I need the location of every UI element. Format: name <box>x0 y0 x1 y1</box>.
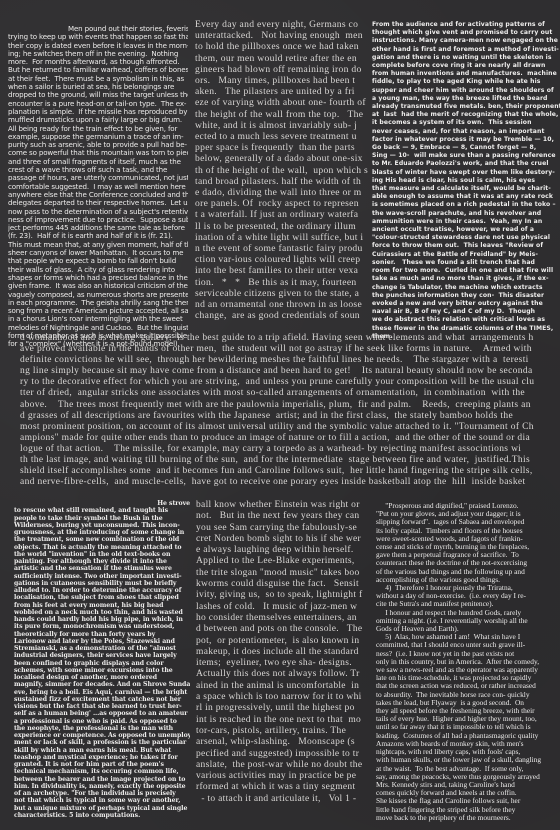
text-line: alluded to. In order to determine the ac… <box>14 587 190 594</box>
text-line: him. In dividuality is, namely, exactly … <box>14 783 190 790</box>
text-line: skill by which a man earns his meal. But… <box>14 747 190 754</box>
text-line: sonier. These we found a slit trench tha… <box>372 259 560 267</box>
text-line: sustained fizz of excitement that catche… <box>14 696 190 703</box>
text-line: a professional is one who is paid. As op… <box>14 718 190 725</box>
text-line: pecified and suggested) impossible to tr <box>196 749 374 760</box>
text-line: d between and pots on the console. The <box>196 624 374 635</box>
text-line: room for two more. Curled in one and tha… <box>372 267 560 275</box>
text-line: Actually this does not always follow. Tr <box>196 669 374 680</box>
text-line: Every day and every night, Germans co <box>195 19 373 30</box>
text-line: its pure form, monochromism was understo… <box>14 623 190 630</box>
text-line: a young man, the way the breeze lifted t… <box>372 95 560 103</box>
text-line: fiddle, to play to the aged King while h… <box>372 78 560 86</box>
text-line: rformed at which it was a tiny segment <box>196 782 374 793</box>
text-line: "colour-structed stewardess dare not use… <box>372 234 560 242</box>
text-line: technical mechanism, its occuring common… <box>14 768 190 775</box>
text-line: it becomes a system of its own. This ses… <box>372 119 560 127</box>
text-line: kworms could disguise the fact. Sensit <box>196 579 374 590</box>
text-line: to rescue what still remained, and taugh… <box>14 507 190 514</box>
text-line: tand broad pilasters. half the width of … <box>195 176 373 187</box>
text-line: naval air B, B of my C, and C of my D. T… <box>372 308 560 316</box>
text-line: between the bearer and the image project… <box>14 776 190 783</box>
text-line: ination of a white light will suffice, b… <box>195 232 373 243</box>
text-line: ampions" made for quite other ends than … <box>20 433 560 444</box>
text-line: complete before cove ring it are nearly … <box>372 62 560 70</box>
text-line: take as much and no more than it gives, … <box>372 275 560 283</box>
text-line: Wilderness, buring yet unconsumed. This … <box>14 522 190 529</box>
text-line: logue of that action. The missile, for e… <box>20 444 560 455</box>
text-line: eve, bring to a boil. Eis Aqui, carnival… <box>14 689 190 696</box>
text-line: ore panels. Of rocky aspect to represen <box>195 198 373 209</box>
text-line: definite convictions he will see, throug… <box>20 355 560 366</box>
text-line: of an archetype. "For the individual is … <box>14 790 190 797</box>
text-line: gation and there is no waiting until the… <box>372 54 560 62</box>
document-page: Men pound out their stories, feverishly,… <box>0 0 560 830</box>
text-line: force to throw them out. This leaves "Re… <box>372 242 560 250</box>
text-line: localised design of another, more ordere… <box>14 674 190 681</box>
text-line: ng line simply because sit may have come… <box>20 366 560 377</box>
bottom-middle-column: ball know whether Einstein was right orn… <box>196 500 374 805</box>
text-line: you see Sam carrying the fabulously-se <box>196 523 374 534</box>
text-line: arsenal, whip-slashing. Moonscape (s <box>196 737 374 748</box>
text-line: Go back — 9, Embrace — 8, Cannot forget … <box>372 144 560 152</box>
text-line: Stremianski, as a demonstration of the "… <box>14 645 190 652</box>
text-line: ment or lack of skill, a profession is t… <box>14 739 190 746</box>
text-line: ained in the animal is uncomfortable in <box>196 681 374 692</box>
text-line: Cuirassiers at the Battle of Freidland" … <box>372 251 560 259</box>
text-line: change is Tabulator, the machine which e… <box>372 284 560 292</box>
text-line: artistic and the sensation if the stimul… <box>14 565 190 572</box>
text-line: below, generally of a dado about one-six <box>195 153 373 164</box>
text-line: ball know whether Einstein was right or <box>196 500 374 511</box>
text-line: shield itself accomplishes some and it b… <box>20 466 560 477</box>
text-line: above. The trees most frequently met wit… <box>20 400 560 411</box>
text-line: tor-cars, pistols, artillery, trains. Th… <box>196 726 374 737</box>
text-line: thought which give vent and promised to … <box>372 29 560 37</box>
top-middle-column: Every day and every night, Germans count… <box>195 19 373 321</box>
text-line: th the last image, and waiting till burn… <box>20 455 560 466</box>
text-line: ammunition were in their cases. Yeah, my… <box>372 218 560 226</box>
text-line: experience or competence. As opposed to … <box>14 732 190 739</box>
text-line: th of the height of the wall, upon which… <box>195 165 373 176</box>
text-line: to hold the pillboxes once we had taken <box>195 41 373 52</box>
text-line: items; eyeliner, two eye sha- designs. <box>196 658 374 669</box>
text-line: move back to the periphery of the mourne… <box>376 814 560 822</box>
text-line: never ceases, and, for that reason, an i… <box>372 128 560 136</box>
text-line: teashop and mystical experience; he take… <box>14 754 190 761</box>
text-line: been confined to graphic displays and co… <box>14 660 190 667</box>
text-line: schemes, with some minor excursions into… <box>14 667 190 674</box>
text-line: characteristics. 5 into computations. <box>14 812 190 819</box>
text-line: white, and it is almost invariably sub- … <box>195 120 373 131</box>
text-line: the height of the wall from the top. The <box>195 109 373 120</box>
text-line: most prominent position, on account of i… <box>20 422 560 433</box>
bottom-right-column: "Prosperous and dignified," praised Lore… <box>376 502 560 822</box>
text-line: pot, or potentiometer, is also known in <box>196 636 374 647</box>
text-line: to Mr. Eduardo Paolozzi's work, and that… <box>372 160 560 168</box>
text-line: blasts of winter have swept over them li… <box>372 169 560 177</box>
text-line: supper and cheer him with around the sho… <box>372 87 560 95</box>
text-line: ing His head is clear, his soul is calm,… <box>372 177 560 185</box>
text-line: not that which is typical in some way or… <box>14 797 190 804</box>
text-line: tter of dried, angular stricks one assoc… <box>20 388 560 399</box>
text-line: the world "invention" in the old text-bo… <box>14 551 190 558</box>
text-line: aken. The pilasters are united by a fri <box>195 86 373 97</box>
text-line: self as a human being' ...as opposed to … <box>14 710 190 717</box>
text-line: - to attach it and articulate it, Vol 1 … <box>196 794 374 805</box>
text-line: sufficiently intense. Two other importan… <box>14 573 190 580</box>
text-line: painting. For although they divide it in… <box>14 558 190 565</box>
text-line: we do abstract this relation with critic… <box>372 316 560 324</box>
text-line: the trite slogan "mood music" takes boo <box>196 568 374 579</box>
text-line: ave proved available in the hands of oth… <box>20 344 560 355</box>
text-line: int is reached in the one next to that m… <box>196 715 374 726</box>
text-line: makeup, it does include all the standard <box>196 647 374 658</box>
text-line: ry to the decorative effect for which yo… <box>20 377 560 388</box>
text-line: the neophyte, the professional is the ma… <box>14 725 190 732</box>
text-line: nd an ornamental one thrown in as loose <box>195 299 373 310</box>
text-line: From the audience and for activating pat… <box>372 21 560 29</box>
text-line: granted. It is not for him part of the p… <box>14 761 190 768</box>
text-line: He strove <box>14 500 190 507</box>
text-line: serviceable citizens given to the state,… <box>195 288 373 299</box>
text-line: ected to a much less severe treatment u <box>195 131 373 142</box>
text-line: is sometimes placed on a rich pedestal i… <box>372 201 560 209</box>
text-line: Larionow and later by the Poles, Stazews… <box>14 638 190 645</box>
text-line: change, are as good credentials of soun <box>195 310 373 321</box>
text-line: from his feet at every moment, his big h… <box>14 602 190 609</box>
text-line: ll is to be presented, the ordinary illu… <box>195 221 373 232</box>
text-line: gineers had blown off remaining iron do <box>195 64 373 75</box>
text-line: evoked a new and very bitter outcry agai… <box>372 300 560 308</box>
text-line: various activities may in practice be pe <box>196 771 374 782</box>
text-line: eze of varying width about one- fourth o… <box>195 97 373 108</box>
text-line: instructions. Many camera-men now engage… <box>372 37 560 45</box>
text-line: objects. That is actually the meaning at… <box>14 544 190 551</box>
text-line: the punches information they con- This d… <box>372 292 560 300</box>
text-line: the treatment, some new combination of t… <box>14 536 190 543</box>
text-line: them, our men would retire after the en <box>195 53 373 64</box>
text-line: these flower in the dramatic columns of … <box>372 325 560 333</box>
text-line: t a waterfall. If just an ordinary water… <box>195 209 373 220</box>
text-line: wobbled on a neck much too thin, and his… <box>14 609 190 616</box>
text-line: unterattacked. Not having enough men <box>195 30 373 41</box>
text-line: that measure and calculate itself, would… <box>372 185 560 193</box>
text-line: d womanhood and as strong gallery, is th… <box>20 333 560 344</box>
text-line: gruousness, at the introducing of some c… <box>14 529 190 536</box>
text-line: and nerve-fibre-cells, and muscle-cells,… <box>20 477 560 488</box>
text-line: cret Norden bomb sight to his if she wer <box>196 534 374 545</box>
text-line: already transmuted five metals. ben, the… <box>372 103 560 111</box>
text-line: ancient occult treatise, however, we rea… <box>372 226 560 234</box>
text-line: visions but the fact that she learned to… <box>14 703 190 710</box>
text-line: not. But in the next few years they can <box>196 511 374 522</box>
text-line: into the best families to their utter ve… <box>195 265 373 276</box>
text-line: Applied to the Lee-Blake experiments, <box>196 556 374 567</box>
text-line: anslate, the post-war while no doubt the <box>196 760 374 771</box>
text-line: rl in progressively, until the highest p… <box>196 703 374 714</box>
bottom-left-column: He stroveto rescue what still remained, … <box>14 500 190 819</box>
text-line: ction var-ious coloured lights will cree… <box>195 254 373 265</box>
text-line: ho consider themselves entertainers, an <box>196 613 374 624</box>
text-line: from human inventions and manufactures. … <box>372 70 560 78</box>
top-right-column: From the audience and for activating pat… <box>372 21 560 341</box>
text-line: people to take their symbol the Bush in … <box>14 515 190 522</box>
text-line: e always laughing deep within herself. <box>196 545 374 556</box>
text-line: theoretically for more than forty years … <box>14 631 190 638</box>
text-line: other hand is first and foremost a metho… <box>372 46 560 54</box>
text-line: industrial designers, their services hav… <box>14 652 190 659</box>
text-line: n the event of some fantastic fairy prod… <box>195 243 373 254</box>
text-line: ors. Many times, pillboxes had been t <box>195 75 373 86</box>
top-left-column: Men pound out their stories, feverishly,… <box>8 25 188 349</box>
text-line: pper space is frequently than the parts <box>195 142 373 153</box>
text-line: able enough to assume that it was at any… <box>372 193 560 201</box>
text-line: localisation, the subject from shoes tha… <box>14 594 190 601</box>
text-line: a space which is too narrow for it to wh… <box>196 692 374 703</box>
text-line: Sing — 10- will make sure than a passing… <box>372 152 560 160</box>
text-line: the wave-scroll parachute, and his revol… <box>372 210 560 218</box>
text-line: magnify, simmer for decades. And on Shro… <box>14 681 190 688</box>
text-line: gations in cutaneous sensibility must be… <box>14 580 190 587</box>
text-line: hands could hardly hold his big pipe, in… <box>14 616 190 623</box>
text-line: tion. * * Be this as it may, fourteen <box>195 277 373 288</box>
text-line: at last had the merit of recognizing tha… <box>372 111 560 119</box>
text-line: ivity, giving us, so to speak, lightnigh… <box>196 590 374 601</box>
text-line: e dado, dividing the wall into three or … <box>195 187 373 198</box>
text-line: but a unique mixture of perhaps typical … <box>14 805 190 812</box>
middle-wide-section: d womanhood and as strong gallery, is th… <box>20 333 560 488</box>
text-line: d grasses of all descriptions are favour… <box>20 411 560 422</box>
text-line: lashes of cold. It music of jazz-men w <box>196 602 374 613</box>
text-line: factor in whatever process it may be Tre… <box>372 136 560 144</box>
